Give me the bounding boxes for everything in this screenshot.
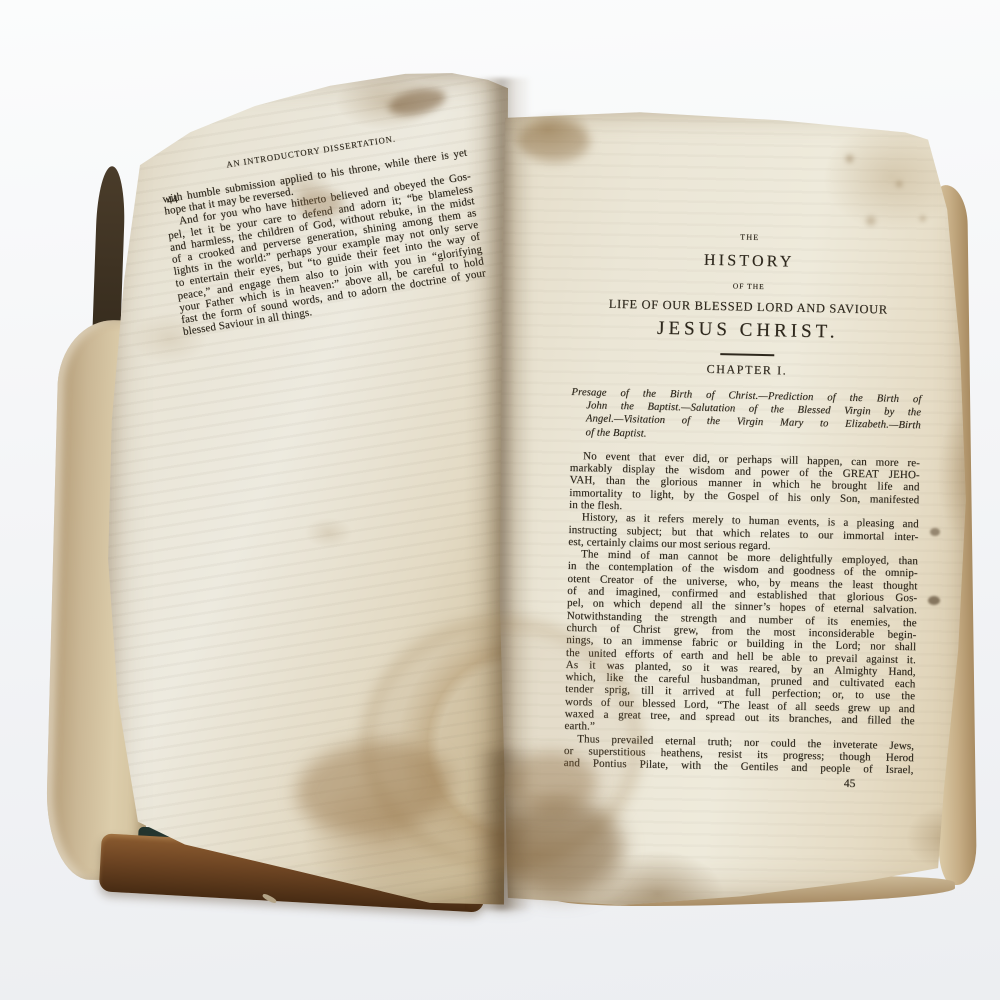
- left-page-text-block: AN INTRODUCTORY DISSERTATION. 44 with hu…: [158, 123, 488, 339]
- title-of-the: OF THE: [574, 278, 924, 294]
- chapter-synopsis: Presage of the Birth of Christ.—Predicti…: [570, 386, 921, 446]
- title-history: HISTORY: [574, 249, 924, 274]
- photo-background: AN INTRODUCTORY DISSERTATION. 44 with hu…: [0, 0, 1000, 1000]
- left-page: AN INTRODUCTORY DISSERTATION. 44 with hu…: [100, 68, 508, 913]
- title-subtitle: LIFE OF OUR BLESSED LORD AND SAVIOUR: [573, 296, 923, 317]
- right-page: THE HISTORY OF THE LIFE OF OUR BLESSED L…: [495, 105, 973, 910]
- page-number-left: 44: [166, 193, 179, 207]
- left-page-paragraphs: with humble submission applied to his th…: [162, 147, 489, 339]
- title-the: THE: [575, 229, 925, 246]
- right-page-text-block: THE HISTORY OF THE LIFE OF OUR BLESSED L…: [563, 223, 925, 791]
- title-divider-rule: [720, 353, 774, 356]
- title-jesus-christ: JESUS CHRIST.: [573, 316, 923, 344]
- right-page-paragraphs: No event that ever did, or perhaps will …: [564, 450, 921, 777]
- chapter-heading: CHAPTER I.: [572, 360, 922, 380]
